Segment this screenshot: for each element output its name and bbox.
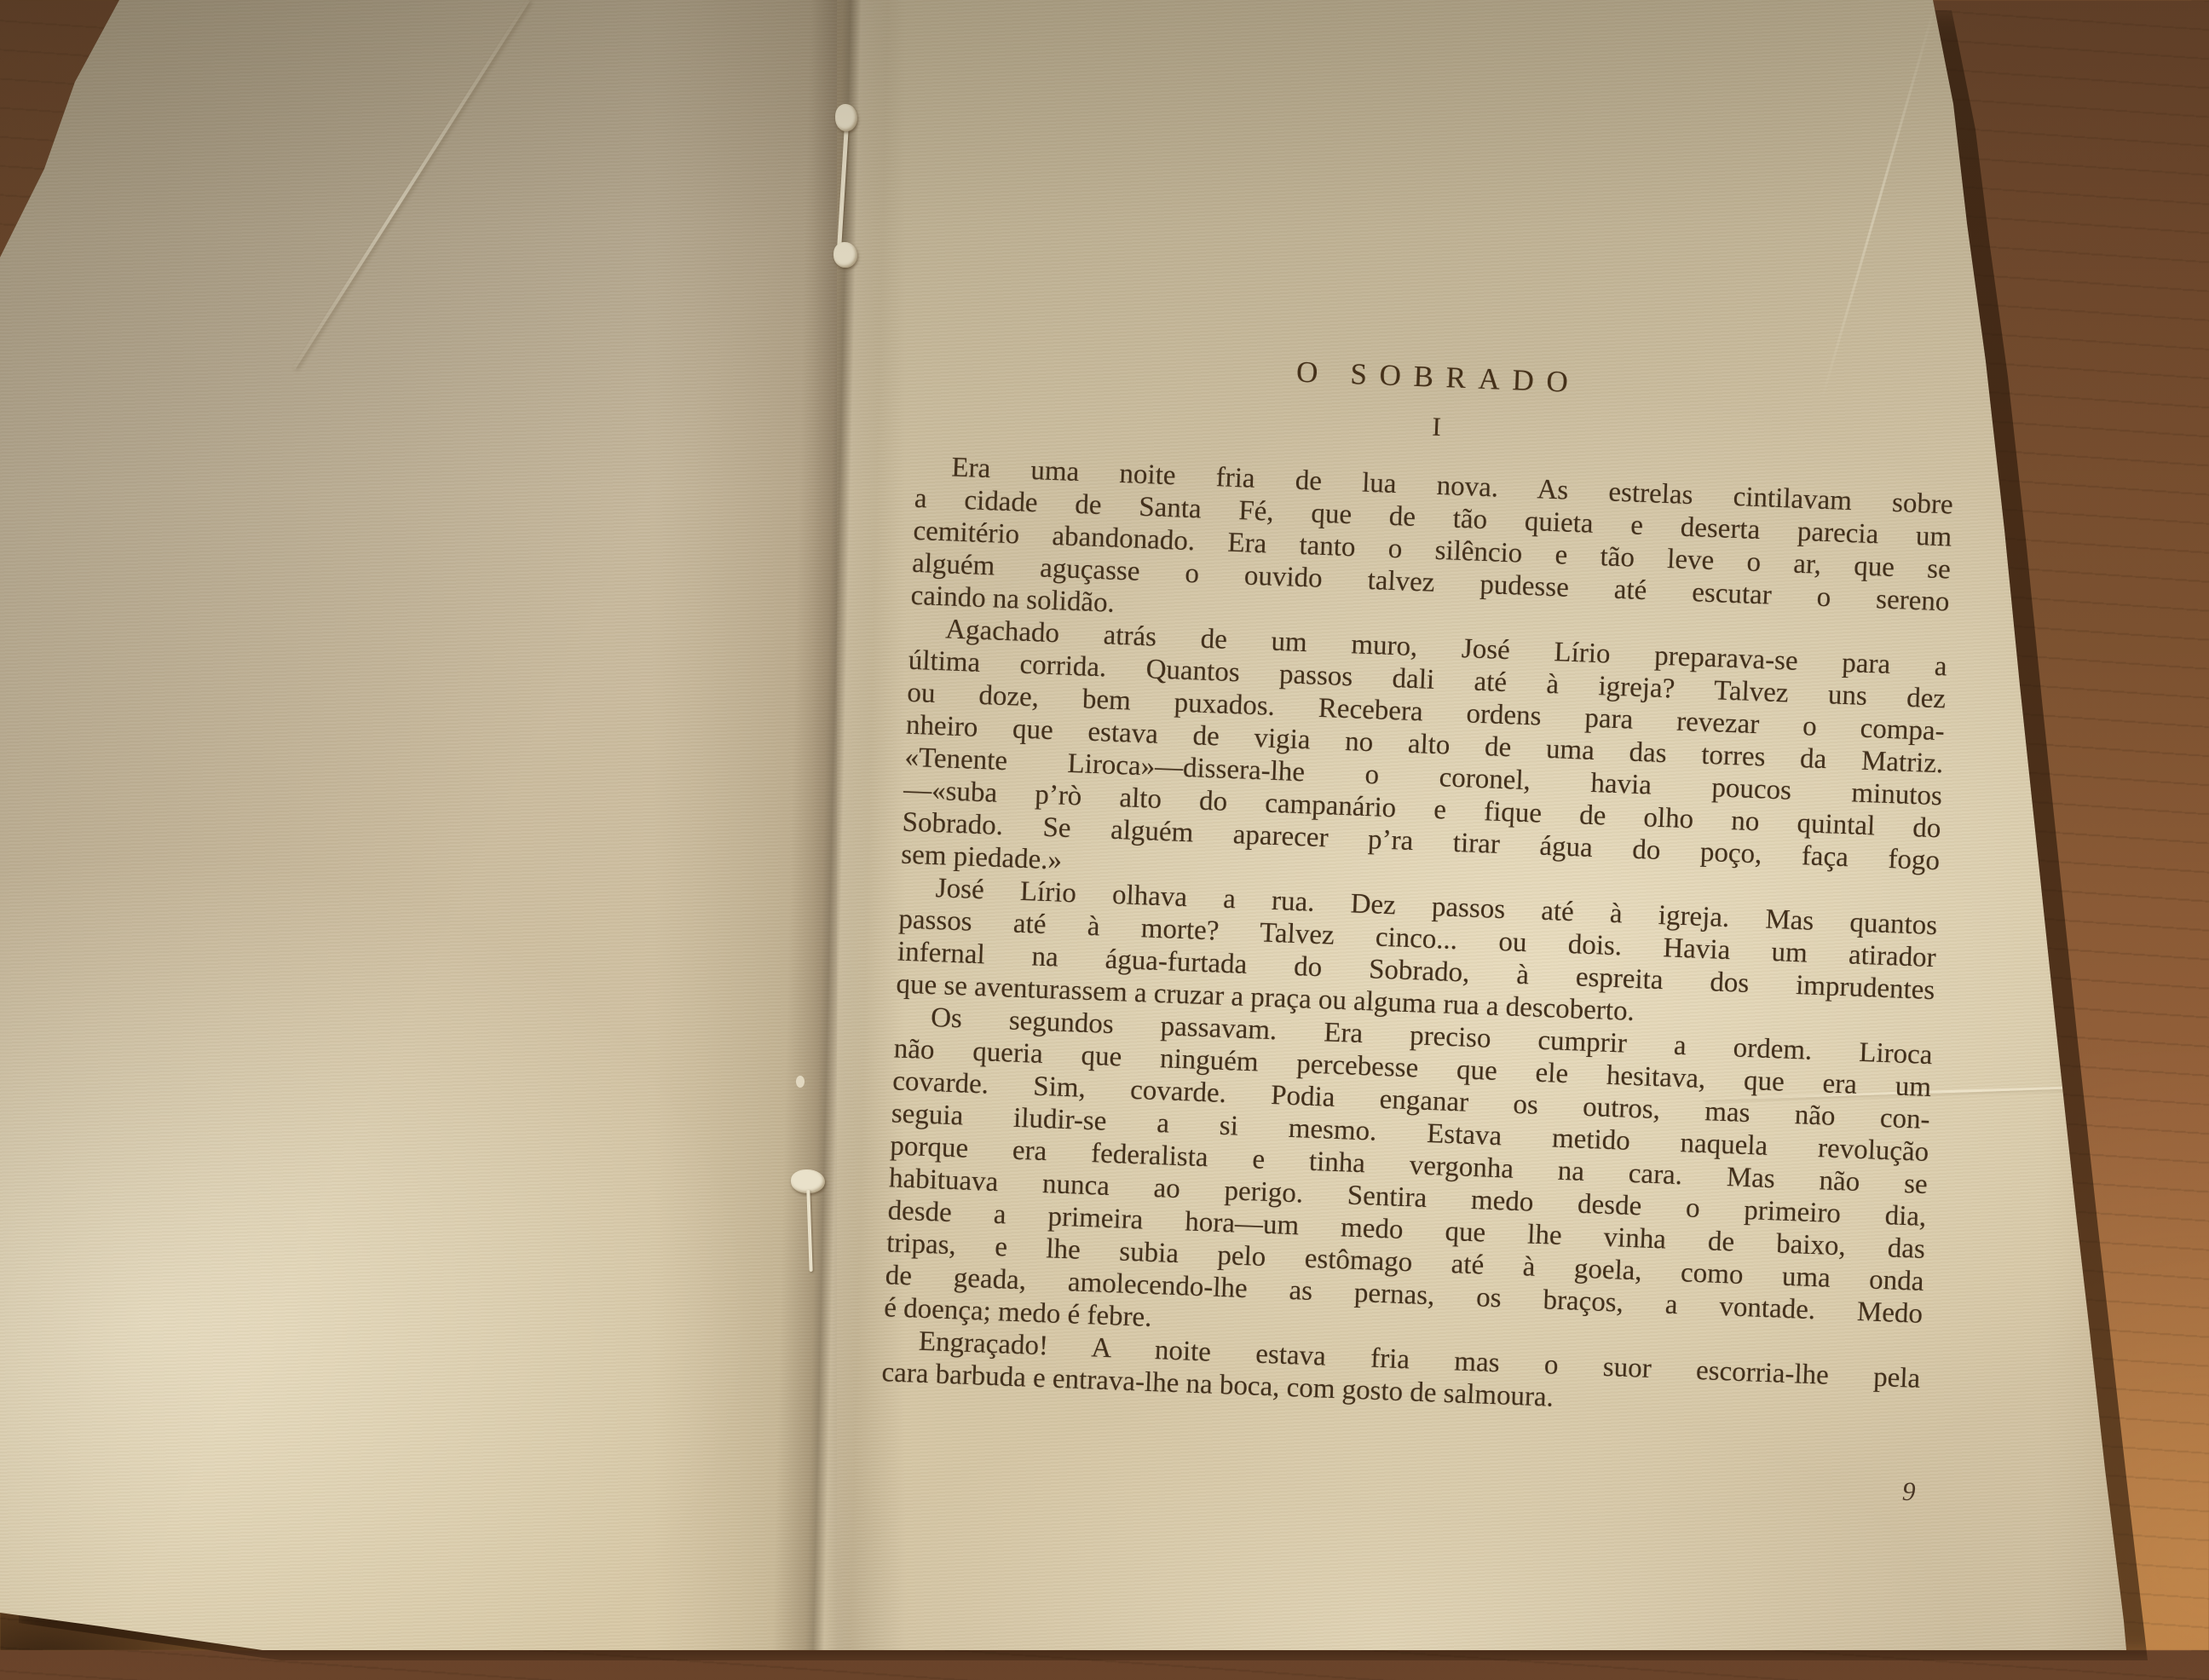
book-photo: O SOBRADO I Era uma noite fria de lua no…: [0, 0, 2209, 1650]
left-page: [0, 0, 837, 1650]
page-number: 9: [1901, 1476, 1916, 1508]
body-text: Era uma noite fria de lua nova. As estre…: [881, 450, 1953, 1428]
stitching-fiber: [796, 1076, 805, 1088]
printed-text-block: O SOBRADO I Era uma noite fria de lua no…: [881, 341, 1958, 1428]
page-fold-crease: [1820, 0, 1938, 402]
page-fold-crease: [292, 0, 529, 369]
paragraph: Agachado atrás de um muro, José Lírio pr…: [901, 612, 1948, 909]
stitching-knot: [833, 242, 857, 268]
open-book: O SOBRADO I Era uma noite fria de lua no…: [0, 0, 2209, 1650]
paragraph: Os segundos passavam. Era preciso cumpri…: [884, 1000, 1933, 1362]
stitching-knot: [835, 104, 857, 131]
